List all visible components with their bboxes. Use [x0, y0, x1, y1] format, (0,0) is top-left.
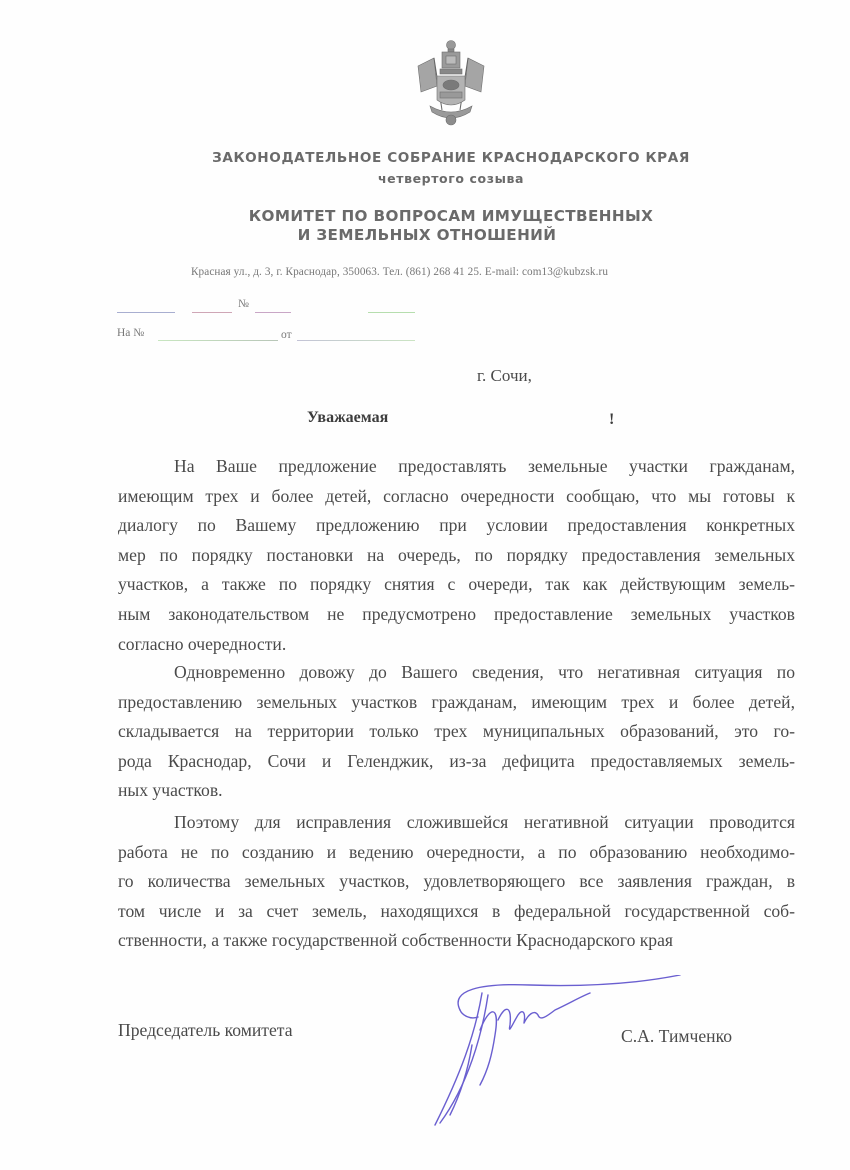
text-line: имеющим трех и более детей, согласно оче… [118, 482, 795, 512]
body-paragraph-2: Одновременно довожу до Вашего сведения, … [118, 658, 795, 806]
assembly-title: ЗАКОНОДАТЕЛЬНОЕ СОБРАНИЕ КРАСНОДАРСКОГО … [26, 150, 850, 166]
coat-of-arms-icon [412, 38, 490, 130]
date-label: от [281, 329, 292, 341]
extra-field-line [368, 312, 415, 313]
signatory-title: Председатель комитета [118, 1020, 293, 1041]
text-line: го количества земельных участков, удовле… [118, 867, 795, 897]
number-label: № [238, 298, 249, 310]
text-line: участков, а также по порядку снятия с оч… [118, 570, 795, 600]
text-line: мер по порядку постановки на очередь, по… [118, 541, 795, 571]
greeting-salutation: Уважаемая [307, 409, 388, 427]
number-field-line [255, 312, 291, 313]
body-paragraph-1: На Ваше предложение предоставлять земель… [118, 452, 795, 659]
text-line: Поэтому для исправления сложившейся нега… [118, 808, 795, 838]
committee-address: Красная ул., д. 3, г. Краснодар, 350063.… [191, 266, 608, 278]
reply-to-label: На № [117, 327, 144, 339]
handwritten-signature-icon [420, 975, 690, 1135]
text-line: ственности, а также государственной собс… [118, 926, 795, 956]
signatory-name: С.А. Тимченко [621, 1026, 732, 1047]
date-field-line-2 [192, 312, 232, 313]
text-line: рода Краснодар, Сочи и Геленджик, из-за … [118, 747, 795, 777]
text-line: работа не по созданию и ведению очередно… [118, 838, 795, 868]
text-line: ным законодательством не предусмотрено п… [118, 600, 795, 630]
committee-title-line-2: И ЗЕМЕЛЬНЫХ ОТНОШЕНИЙ [2, 226, 850, 244]
text-line: На Ваше предложение предоставлять земель… [118, 452, 795, 482]
letter-page: ЗАКОНОДАТЕЛЬНОЕ СОБРАНИЕ КРАСНОДАРСКОГО … [0, 0, 850, 1170]
convocation-subtitle: четвертого созыва [26, 171, 850, 186]
text-line: складывается на территории только трех м… [118, 717, 795, 747]
text-line: диалогу по Вашему предложению при услови… [118, 511, 795, 541]
text-line: ных участков. [118, 776, 795, 806]
text-line: Одновременно довожу до Вашего сведения, … [118, 658, 795, 688]
text-line: согласно очередности. [118, 630, 795, 660]
committee-title-line-1: КОМИТЕТ ПО ВОПРОСАМ ИМУЩЕСТВЕННЫХ [26, 207, 850, 225]
reply-to-field-line [158, 340, 278, 341]
recipient-city: г. Сочи, [477, 366, 532, 386]
date-field-line-3 [297, 340, 415, 341]
text-line: предоставлению земельных участков гражда… [118, 688, 795, 718]
text-line: том числе и за счет земель, находящихся … [118, 897, 795, 927]
date-field-line [117, 312, 175, 313]
greeting-exclamation: ! [609, 411, 614, 429]
body-paragraph-3: Поэтому для исправления сложившейся нега… [118, 808, 795, 956]
